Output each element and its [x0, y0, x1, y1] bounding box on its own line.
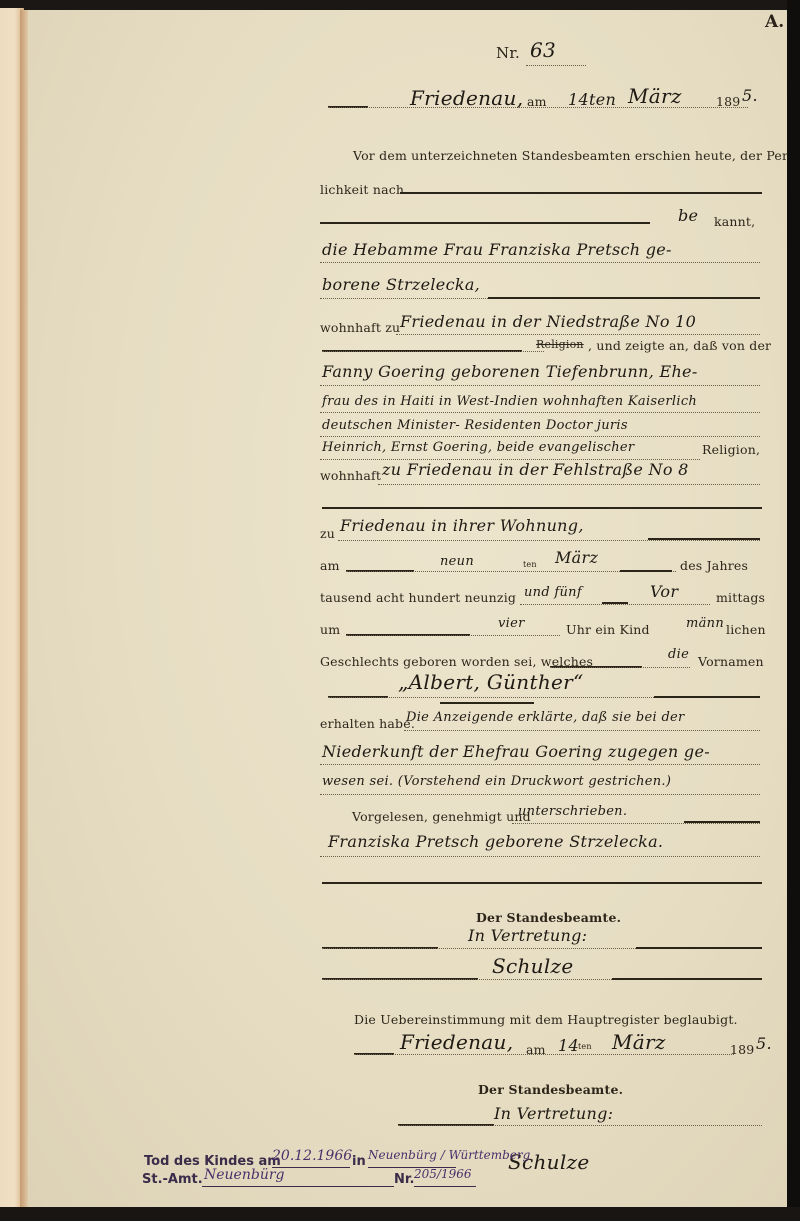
rule	[320, 262, 760, 263]
given-names: „Albert, Günther“	[398, 670, 584, 694]
rule	[400, 192, 762, 194]
stamp-no-label: Nr.	[394, 1172, 414, 1187]
scan-border-top	[0, 0, 800, 10]
rule	[636, 947, 762, 949]
sex-suffix: lichen	[726, 622, 766, 637]
known-handwritten: be	[678, 206, 698, 225]
rule	[488, 297, 760, 299]
rule	[526, 65, 586, 66]
stamp-death-date: 20.12.1966	[272, 1148, 352, 1164]
registrar-heading: Der Standesbeamte.	[476, 910, 621, 925]
birth-day-value: neun	[440, 554, 474, 569]
rule	[320, 436, 760, 437]
birth-place-value: Friedenau in ihrer Wohnung,	[340, 516, 584, 535]
residence-value: Friedenau in der Niedstraße No 10	[400, 312, 696, 331]
month: März	[628, 84, 682, 108]
register-page: A. Nr. 63 Friedenau, am 14ten März 189 5…	[28, 10, 787, 1207]
year-suffix: 5.	[742, 86, 758, 105]
mother-line-2: frau des in Haiti in West-Indien wohnhaf…	[322, 394, 697, 409]
cert-year-prefix: 189	[730, 1042, 754, 1057]
rule	[320, 222, 650, 224]
day: 14ten	[568, 90, 616, 109]
name-underline	[440, 702, 534, 704]
year-words-value: und fünf	[524, 585, 582, 600]
hour-value: vier	[498, 616, 525, 631]
rule	[512, 823, 760, 824]
clock-label: Uhr ein Kind	[566, 622, 650, 637]
scan-border-bottom	[0, 1207, 800, 1221]
known-label: kannt,	[714, 214, 755, 229]
birth-month-value: März	[555, 548, 598, 567]
certification-text: Die Uebereinstimmung mit dem Hauptregist…	[354, 1012, 738, 1027]
rule	[346, 635, 560, 636]
rule	[396, 334, 760, 335]
cert-place: Friedenau,	[400, 1030, 513, 1054]
mother-line-4: Heinrich, Ernst Goering, beide evangelis…	[322, 440, 634, 455]
rule	[202, 1186, 394, 1187]
ampm-value: Vor	[650, 582, 678, 601]
year-words-label: tausend acht hundert neunzig	[320, 590, 516, 605]
cert-day-suffix: ten	[578, 1042, 592, 1051]
hour-label: um	[320, 622, 340, 637]
rule	[320, 385, 760, 386]
rule	[322, 882, 762, 884]
stamp-record-no: 205/1966	[414, 1167, 472, 1181]
parents-residence-value: zu Friedenau in der Fehlstraße No 8	[382, 460, 689, 479]
informant-signature: Franziska Pretsch geborene Strzelecka.	[328, 832, 663, 851]
names-article: die	[668, 647, 689, 662]
rule	[520, 604, 710, 605]
sex-value: männ	[686, 616, 724, 631]
registrar-signature: Schulze	[492, 954, 574, 978]
birth-day-suffix: ten	[523, 560, 537, 569]
stamp-death-place: Neuenbürg / Württemberg	[368, 1148, 530, 1162]
ampm-label: mittags	[716, 590, 765, 605]
form-letter: A.	[765, 12, 784, 32]
remark-line-2: Niederkunft der Ehefrau Goering zugegen …	[322, 742, 710, 761]
rule	[414, 1186, 476, 1187]
stamp-office-label: St.-Amt.	[142, 1172, 203, 1187]
stamp-office-value: Neuenbürg	[204, 1167, 285, 1183]
residence-label: wohnhaft zu	[320, 320, 400, 335]
religion-struck: Religion	[536, 338, 584, 351]
rule	[404, 730, 760, 731]
cert-registrar-heading: Der Standesbeamte.	[478, 1082, 623, 1097]
religion-label: Religion,	[702, 442, 760, 457]
names-label: Vornamen	[698, 654, 764, 669]
scan-border-right	[787, 0, 800, 1221]
rule	[322, 351, 544, 352]
cert-registrar-deputy: In Vertretung:	[494, 1104, 613, 1123]
religion-tail: , und zeigte an, daß von der	[588, 338, 771, 353]
year-prefix: 189	[716, 94, 740, 109]
rule	[612, 978, 762, 980]
mother-line-1: Fanny Goering geborenen Tiefenbrunn, Ehe…	[322, 362, 698, 381]
rule	[602, 602, 628, 604]
rule	[398, 1125, 762, 1126]
cert-am-label: am	[526, 1042, 546, 1057]
remark-line-1: Die Anzeigende erklärte, daß sie bei der	[406, 710, 685, 725]
rule	[338, 540, 760, 541]
rule	[320, 794, 760, 795]
rule	[320, 764, 760, 765]
rule	[684, 821, 760, 823]
intro-line-1: Vor dem unterzeichneten Standesbeamten e…	[353, 148, 800, 163]
approved-label: Vorgelesen, genehmigt und	[352, 809, 531, 824]
rule	[322, 507, 762, 509]
informant-line-2: borene Strzelecka,	[322, 275, 480, 294]
approved-value: unterschrieben.	[518, 804, 627, 819]
cert-year-suffix: 5.	[756, 1034, 772, 1053]
rule	[620, 570, 672, 572]
rule	[320, 856, 760, 857]
register-number: 63	[530, 38, 556, 62]
rule	[320, 412, 760, 413]
register-number-label: Nr.	[496, 44, 520, 62]
informant-line-1: die Hebamme Frau Franziska Pretsch ge-	[322, 240, 672, 259]
received-label: erhalten habe.	[320, 716, 415, 731]
birth-day-label: am	[320, 558, 340, 573]
parents-residence-label: wohnhaft	[320, 468, 381, 483]
birth-place-label: zu	[320, 526, 335, 541]
place: Friedenau,	[410, 86, 523, 110]
registrar-deputy: In Vertretung:	[468, 926, 587, 945]
mother-line-3: deutschen Minister- Residenten Doctor ju…	[322, 418, 628, 433]
rule	[648, 538, 760, 540]
cert-month: März	[612, 1030, 666, 1054]
intro-line-2-label: lichkeit nach	[320, 182, 404, 197]
rule	[550, 667, 690, 668]
am-label: am	[527, 94, 547, 109]
birth-year-label: des Jahres	[680, 558, 748, 573]
stamp-in-label: in	[352, 1154, 366, 1169]
rule	[378, 484, 760, 485]
remark-line-3: wesen sei. (Vorstehend ein Druckwort ges…	[322, 774, 671, 789]
rule	[654, 696, 760, 698]
cert-day: 14	[558, 1036, 579, 1055]
